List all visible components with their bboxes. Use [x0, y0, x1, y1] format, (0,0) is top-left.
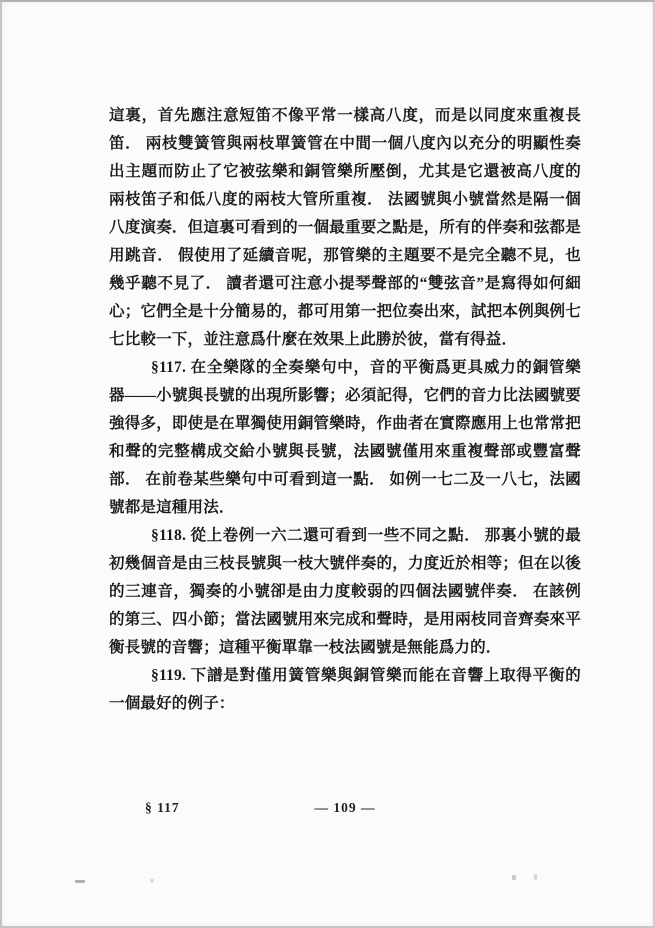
text-line: 和聲的完整構成交給小號與長號，法國號僅用來重複聲部或豐富聲 [109, 438, 581, 466]
paragraph: 這裏，首先應注意短笛不像平常一樣高八度，而是以同度來重複長笛． 兩枝雙簧管與兩枝… [109, 102, 581, 354]
scan-speck [534, 874, 537, 880]
text-line: 用跳音． 假使用了延續音呢，那管樂的主題要不是完全聽不見，也將 [109, 242, 581, 270]
text-line: 幾乎聽不見了． 讀者還可注意小提琴聲部的“雙弦音”是寫得如何細 [109, 270, 581, 298]
text-line: 一個最好的例子： [109, 690, 581, 718]
body-text: 這裏，首先應注意短笛不像平常一樣高八度，而是以同度來重複長笛． 兩枝雙簧管與兩枝… [109, 102, 581, 718]
text-line: 器——小號與長號的出現所影響；必須記得，它們的音力比法國號要 [109, 382, 581, 410]
text-line: 強得多，即使是在單獨使用銅管樂時，作曲者在實際應用上也常常把 [109, 410, 581, 438]
paragraph: §117. 在全樂隊的全奏樂句中，音的平衡爲更具威力的銅管樂器——小號與長號的出… [109, 354, 581, 522]
footer-page-number: — 109 — [109, 800, 581, 816]
paragraph: §119. 下譜是對僅用簧管樂與銅管樂而能在音響上取得平衡的一個最好的例子： [109, 662, 581, 718]
text-line: 初幾個音是由三枝長號與一枝大號伴奏的，力度近於相等；但在以後 [109, 550, 581, 578]
scan-speck [150, 879, 154, 883]
text-line: 心；它們全是十分簡易的，都可用第一把位奏出來，試把本例與例七 [109, 298, 581, 326]
text-line: 部． 在前卷某些樂句中可看到這一點． 如例一七二及一八七，法國 [109, 466, 581, 494]
scan-speck [75, 880, 85, 883]
text-line: 號都是這種用法． [109, 494, 581, 522]
page-footer: § 117 — 109 — [109, 800, 581, 822]
scan-speck [512, 875, 516, 880]
text-line: §118. 從上卷例一六二還可看到一些不同之點． 那裏小號的最 [109, 522, 581, 550]
text-line: 這裏，首先應注意短笛不像平常一樣高八度，而是以同度來重複長 [109, 102, 581, 130]
text-line: §119. 下譜是對僅用簧管樂與銅管樂而能在音響上取得平衡的 [109, 662, 581, 690]
text-line: 兩枝笛子和低八度的兩枝大管所重複． 法國號與小號當然是隔一個 [109, 186, 581, 214]
text-line: 笛． 兩枝雙簧管與兩枝單簧管在中間一個八度內以充分的明顯性奏 [109, 130, 581, 158]
text-line: 七比較一下，並注意爲什麼在效果上此勝於彼，當有得益． [109, 326, 581, 354]
text-line: §117. 在全樂隊的全奏樂句中，音的平衡爲更具威力的銅管樂 [109, 354, 581, 382]
text-line: 八度演奏．但這裏可看到的一個最重要之點是，所有的伴奏和弦都是 [109, 214, 581, 242]
text-line: 出主題而防止了它被弦樂和銅管樂所壓倒，尤其是它還被高八度的 [109, 158, 581, 186]
book-page: 這裏，首先應注意短笛不像平常一樣高八度，而是以同度來重複長笛． 兩枝雙簧管與兩枝… [0, 0, 655, 928]
text-line: 的第三、四小節；當法國號用來完成和聲時，是用兩枝同音齊奏來平 [109, 606, 581, 634]
paragraph: §118. 從上卷例一六二還可看到一些不同之點． 那裏小號的最初幾個音是由三枝長… [109, 522, 581, 662]
text-line: 的三連音，獨奏的小號卻是由力度較弱的四個法國號伴奏． 在該例 [109, 578, 581, 606]
text-line: 衡長號的音響；這種平衡單靠一枝法國號是無能爲力的． [109, 634, 581, 662]
